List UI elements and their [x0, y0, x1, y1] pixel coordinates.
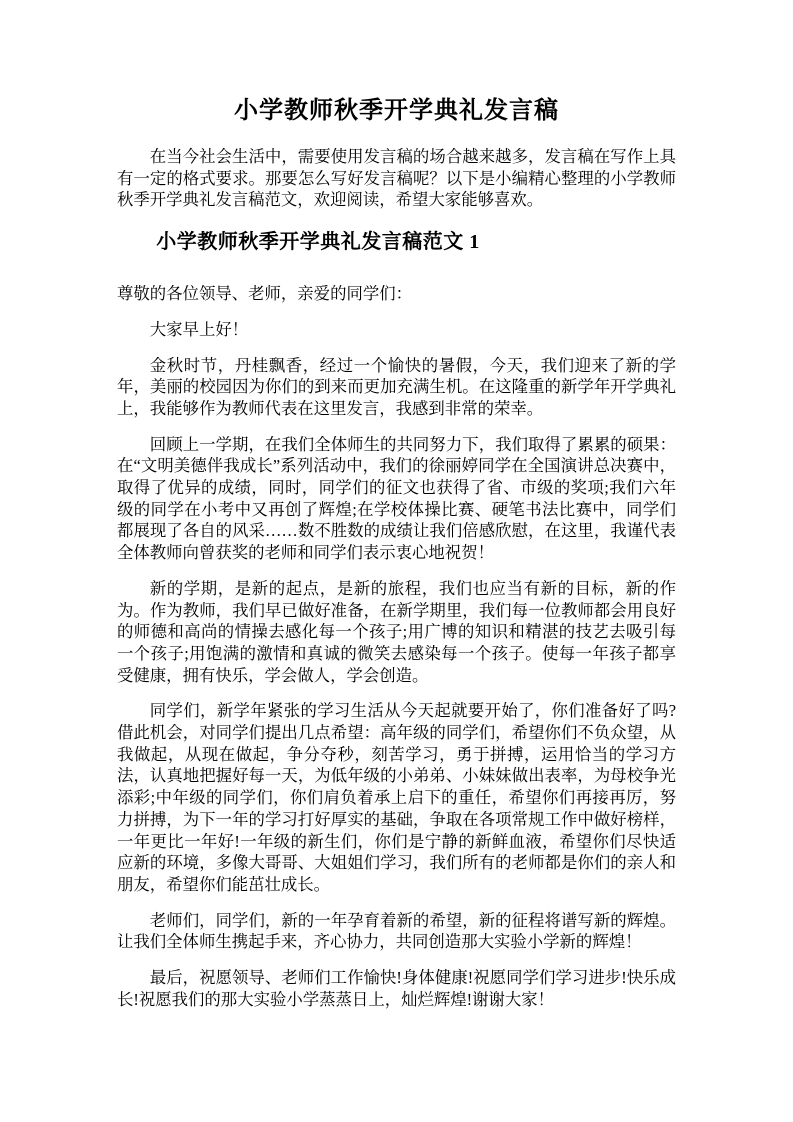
body-paragraph-3: 新的学期，是新的起点，是新的旅程，我们也应当有新的目标，新的作为。作为教师，我们…: [117, 578, 676, 687]
salutation-line: 尊敬的各位领导、老师，亲爱的同学们：: [117, 283, 676, 305]
body-paragraph-2: 回顾上一学期，在我们全体师生的共同努力下，我们取得了累累的硕果：在“文明美德伴我…: [117, 434, 676, 564]
document-title: 小学教师秋季开学典礼发言稿: [117, 96, 676, 126]
body-paragraph-1: 金秋时节，丹桂飘香，经过一个愉快的暑假，今天，我们迎来了新的学年，美丽的校园因为…: [117, 355, 676, 420]
body-paragraph-4: 同学们，新学年紧张的学习生活从今天起就要开始了，你们准备好了吗?借此机会，对同学…: [117, 700, 676, 895]
greeting-paragraph: 大家早上好！: [117, 319, 676, 341]
intro-paragraph: 在当今社会生活中，需要使用发言稿的场合越来越多，发言稿在写作上具有一定的格式要求…: [117, 146, 676, 211]
document-page: 小学教师秋季开学典礼发言稿 在当今社会生活中，需要使用发言稿的场合越来越多，发言…: [0, 0, 793, 1122]
section-heading: 小学教师秋季开学典礼发言稿范文 1: [117, 228, 519, 256]
closing-paragraph: 最后，祝愿领导、老师们工作愉快!身体健康!祝愿同学们学习进步!快乐成长!祝愿我们…: [117, 967, 676, 1010]
body-paragraph-5: 老师们，同学们，新的一年孕育着新的希望，新的征程将谱写新的辉煌。让我们全体师生携…: [117, 910, 676, 953]
